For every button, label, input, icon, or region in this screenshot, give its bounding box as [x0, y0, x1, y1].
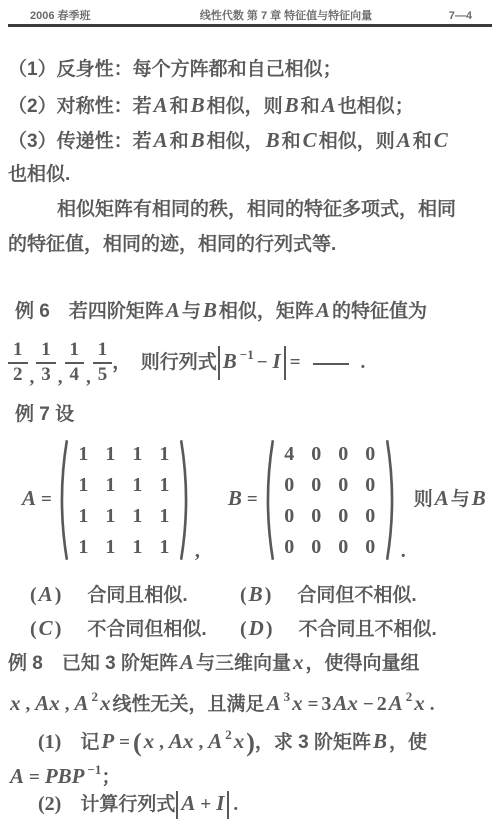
- example8-similarity-equation: A=PBP−1；: [8, 757, 498, 791]
- fraction-numerator: 1: [93, 340, 113, 364]
- math-var: A: [435, 486, 449, 510]
- matrix-cell: 1: [151, 469, 178, 500]
- fraction: 12: [8, 340, 28, 386]
- example7-options-row1: (A)合同且相似.(B)合同但不相似.: [8, 581, 498, 609]
- matrix-cell: 0: [330, 469, 357, 500]
- equals-sign: =: [41, 489, 52, 510]
- matrix-cell: 1: [97, 531, 124, 562]
- determinant-bar: [284, 346, 286, 380]
- item-number: (1): [38, 731, 61, 753]
- math-var: x: [234, 729, 245, 753]
- option-a: (A)合同且相似.: [30, 581, 240, 609]
- math-var: A: [181, 791, 195, 815]
- equals-sign: =: [119, 732, 130, 753]
- text-segment: 也相似.: [8, 164, 70, 185]
- matrix-cell: 0: [357, 531, 384, 562]
- matrix-cell: 1: [70, 469, 97, 500]
- text-segment: ， 则行列式: [112, 352, 217, 373]
- matrix-cell: 0: [357, 469, 384, 500]
- matrix-cell: 0: [303, 531, 330, 562]
- text-segment: 与: [451, 489, 470, 510]
- page-header: 2006 春季班 线性代数 第 7 章 特征值与特征向量 7—4: [0, 7, 500, 23]
- math-var: B: [223, 349, 237, 373]
- comma: ,: [198, 732, 203, 753]
- text-segment: 例 6 若四阶矩阵: [15, 301, 164, 322]
- text-segment: 相似矩阵有相同的秩，相同的特征多项式，相同: [57, 199, 456, 220]
- example7-heading: 例 7 设: [15, 402, 498, 428]
- math-var: A: [316, 298, 330, 322]
- fraction-denominator: 4: [65, 364, 85, 386]
- option-text: 不合同且不相似.: [299, 619, 437, 640]
- math-var: B: [228, 486, 242, 510]
- math-var: B: [191, 93, 205, 117]
- math-var: I: [216, 791, 224, 815]
- text-segment: 和: [170, 96, 189, 117]
- text-segment: 相似，则: [319, 131, 395, 152]
- math-var: x: [293, 650, 304, 674]
- equals-sign: =: [29, 767, 40, 788]
- option-b: (B)合同但不相似.: [240, 585, 417, 606]
- left-paren: (: [133, 728, 142, 757]
- math-var: B: [472, 486, 486, 510]
- example8-part2: (2) 计算行列式A+I.: [38, 790, 498, 819]
- example8-condition: x,Ax,A2x线性无关，且满足A3x=3Ax−2A2x.: [8, 684, 498, 718]
- property-reflexive: （1）反身性：每个方阵都和自己相似；: [8, 57, 498, 83]
- comma: ,: [86, 367, 91, 388]
- math-var: Ax: [333, 691, 358, 715]
- matrix-cell: 0: [357, 438, 384, 469]
- property-transitive: （3）传递性：若A和B相似，B和C相似，则A和C: [8, 127, 498, 155]
- option-text: 合同但不相似.: [297, 585, 416, 606]
- text-segment: 相似，矩阵: [219, 301, 314, 322]
- math-var: A: [389, 691, 403, 715]
- header-page-number: 7—4: [412, 10, 472, 22]
- text-segment: 和: [170, 131, 189, 152]
- matrix-b-table: 4000 0000 0000 0000: [276, 438, 384, 562]
- text-segment: 相似，: [207, 131, 264, 152]
- math-var: A: [10, 764, 24, 788]
- fraction: 15: [93, 340, 113, 386]
- superscript: 3: [284, 689, 291, 704]
- math-var: B: [285, 93, 299, 117]
- text-segment: 和: [413, 131, 432, 152]
- comma: ,: [195, 538, 200, 564]
- coefficient: 2: [377, 693, 387, 715]
- text-segment: 与三维向量: [196, 653, 291, 674]
- text-segment: 的特征值为: [332, 301, 427, 322]
- determinant-bar: [227, 791, 229, 819]
- text-segment: 例 7 设: [15, 404, 74, 425]
- matrix-cell: 1: [70, 531, 97, 562]
- header-rule: [8, 24, 492, 27]
- item-number: (2): [38, 793, 61, 815]
- text-segment: 则: [414, 489, 433, 510]
- matrix-cell: 0: [330, 500, 357, 531]
- determinant-bar: [218, 346, 220, 380]
- math-var: x: [100, 691, 111, 715]
- paren: ): [55, 584, 62, 606]
- fraction: 13: [36, 340, 56, 386]
- math-var: A: [397, 128, 411, 152]
- comma: ,: [26, 694, 31, 715]
- document-page: 2006 春季班 线性代数 第 7 章 特征值与特征向量 7—4 （1）反身性：…: [0, 0, 500, 839]
- matrix-cell: 1: [124, 438, 151, 469]
- matrix-cell: 1: [70, 500, 97, 531]
- example7-matrices: A= 1111 1111 1111 1111 ,B= 4000 0000 000…: [20, 438, 498, 564]
- superscript: −1: [240, 347, 254, 362]
- matrix-cell: 0: [330, 531, 357, 562]
- plus-sign: +: [200, 794, 211, 815]
- matrix-a: 1111 1111 1111 1111: [57, 438, 191, 562]
- comma: ,: [159, 732, 164, 753]
- text-segment: （3）传递性：若: [8, 131, 152, 152]
- math-var: A: [22, 486, 36, 510]
- math-var: A: [267, 691, 281, 715]
- paren: (: [240, 618, 247, 640]
- text-segment: 和: [301, 96, 320, 117]
- text-segment: ，求 3 阶矩阵: [255, 732, 371, 753]
- option-letter: A: [39, 582, 53, 606]
- minus-sign: −: [363, 694, 374, 715]
- matrix-cell: 1: [97, 469, 124, 500]
- matrix-cell: 1: [151, 438, 178, 469]
- math-var: A: [166, 298, 180, 322]
- text-segment: 相似，则: [207, 96, 283, 117]
- comma: ,: [30, 367, 35, 388]
- matrix-cell: 0: [276, 531, 303, 562]
- math-var: A: [154, 93, 168, 117]
- math-var: A: [180, 650, 194, 674]
- equals-sign: =: [247, 489, 258, 510]
- text-segment: 也相似；: [338, 96, 414, 117]
- example8-statement: 例 8 已知 3 阶矩阵A与三维向量x，使得向量组: [8, 649, 498, 677]
- math-var: x: [144, 729, 155, 753]
- text-segment: 与: [182, 301, 201, 322]
- example6-statement: 例 6 若四阶矩阵A与B相似，矩阵A的特征值为: [15, 297, 498, 325]
- example8-part1: (1) 记P=(x,Ax,A2x)，求 3 阶矩阵B，使: [38, 722, 498, 756]
- paren: ): [55, 618, 62, 640]
- determinant-bar: [176, 791, 178, 819]
- property-symmetric: （2）对称性：若A和B相似，则B和A也相似；: [8, 92, 498, 120]
- semicolon: ；: [101, 767, 120, 788]
- similar-matrices-note-cont: 的特征值，相同的迹，相同的行列式等.: [8, 232, 498, 258]
- header-course: 2006 春季班: [30, 7, 160, 23]
- period: .: [401, 538, 406, 564]
- text-segment: （1）反身性：每个方阵都和自己相似；: [8, 59, 342, 80]
- left-paren-icon: [263, 439, 274, 561]
- matrix-cell: 0: [276, 469, 303, 500]
- math-var: A: [322, 93, 336, 117]
- math-var: P: [101, 729, 114, 753]
- similar-matrices-note: 相似矩阵有相同的秩，相同的特征多项式，相同: [57, 197, 498, 223]
- text-segment: ，使得向量组: [306, 653, 420, 674]
- paren: ): [265, 584, 272, 606]
- paren: (: [240, 584, 247, 606]
- coefficient: 3: [321, 693, 331, 715]
- superscript: 2: [406, 689, 413, 704]
- comma: ,: [65, 694, 70, 715]
- fraction-denominator: 3: [36, 364, 56, 386]
- matrix-cell: 0: [276, 500, 303, 531]
- property-transitive-cont: 也相似.: [8, 162, 498, 188]
- text-segment: ，使: [389, 732, 427, 753]
- left-paren-icon: [57, 439, 68, 561]
- math-var: A: [208, 729, 222, 753]
- equals-sign: =: [308, 694, 319, 715]
- text-segment: 例 8 已知 3 阶矩阵: [8, 653, 178, 674]
- period: .: [361, 352, 366, 373]
- text-segment: 和: [282, 131, 301, 152]
- option-text: 合同且相似.: [87, 585, 187, 606]
- matrix-cell: 1: [151, 531, 178, 562]
- equals-sign: =: [290, 352, 301, 373]
- superscript: −1: [88, 762, 102, 777]
- option-letter: C: [39, 616, 53, 640]
- math-var: B: [266, 128, 280, 152]
- math-var: Ax: [169, 729, 194, 753]
- minus-sign: −: [257, 352, 268, 373]
- text-segment: （2）对称性：若: [8, 96, 152, 117]
- math-var: B: [373, 729, 387, 753]
- fraction: 14: [65, 340, 85, 386]
- matrix-a-table: 1111 1111 1111 1111: [70, 438, 178, 562]
- option-letter: D: [249, 616, 264, 640]
- math-var: B: [191, 128, 205, 152]
- math-var: x: [292, 691, 303, 715]
- fraction-numerator: 1: [36, 340, 56, 364]
- math-var: B: [203, 298, 217, 322]
- math-var: x: [10, 691, 21, 715]
- matrix-cell: 0: [357, 500, 384, 531]
- header-title: 线性代数 第 7 章 特征值与特征向量: [160, 7, 412, 23]
- math-var: PBP: [45, 764, 85, 788]
- fraction-numerator: 1: [8, 340, 28, 364]
- matrix-b: 4000 0000 0000 0000: [263, 438, 397, 562]
- text-segment: 计算行列式: [61, 794, 175, 815]
- matrix-cell: 1: [124, 469, 151, 500]
- matrix-cell: 4: [276, 438, 303, 469]
- paren: (: [30, 584, 37, 606]
- math-var: Ax: [35, 691, 60, 715]
- matrix-cell: 1: [151, 500, 178, 531]
- option-d: (D)不合同且不相似.: [240, 619, 437, 640]
- matrix-cell: 1: [124, 500, 151, 531]
- answer-blank: [313, 363, 349, 365]
- math-var: A: [75, 691, 89, 715]
- math-var: A: [154, 128, 168, 152]
- fraction-denominator: 5: [93, 364, 113, 386]
- right-paren-icon: [386, 439, 397, 561]
- right-paren-icon: [180, 439, 191, 561]
- math-var: x: [414, 691, 425, 715]
- option-text: 不合同但相似.: [87, 619, 206, 640]
- text-segment: 的特征值，相同的迹，相同的行列式等.: [8, 234, 336, 255]
- option-c: (C)不合同但相似.: [30, 615, 240, 643]
- text-segment: 记: [61, 732, 99, 753]
- math-var: I: [273, 349, 281, 373]
- matrix-cell: 1: [124, 531, 151, 562]
- fraction-numerator: 1: [65, 340, 85, 364]
- right-paren: ): [246, 728, 255, 757]
- superscript: 2: [92, 689, 99, 704]
- example6-eigenvalues-line: 12,13,14,15， 则行列式B−1−I=.: [8, 340, 498, 391]
- period: .: [430, 694, 435, 715]
- math-var: C: [434, 128, 448, 152]
- paren: (: [30, 618, 37, 640]
- matrix-cell: 1: [97, 438, 124, 469]
- matrix-cell: 0: [303, 438, 330, 469]
- matrix-cell: 0: [330, 438, 357, 469]
- option-letter: B: [249, 582, 263, 606]
- comma: ,: [58, 367, 63, 388]
- matrix-cell: 1: [97, 500, 124, 531]
- example7-options-row2: (C)不合同但相似.(D)不合同且不相似.: [8, 615, 498, 643]
- paren: ): [266, 618, 273, 640]
- matrix-cell: 1: [70, 438, 97, 469]
- fraction-denominator: 2: [8, 364, 28, 386]
- math-var: C: [303, 128, 317, 152]
- matrix-cell: 0: [303, 469, 330, 500]
- period: .: [233, 794, 238, 815]
- superscript: 2: [225, 727, 232, 742]
- text-segment: 线性无关，且满足: [113, 694, 265, 715]
- matrix-cell: 0: [303, 500, 330, 531]
